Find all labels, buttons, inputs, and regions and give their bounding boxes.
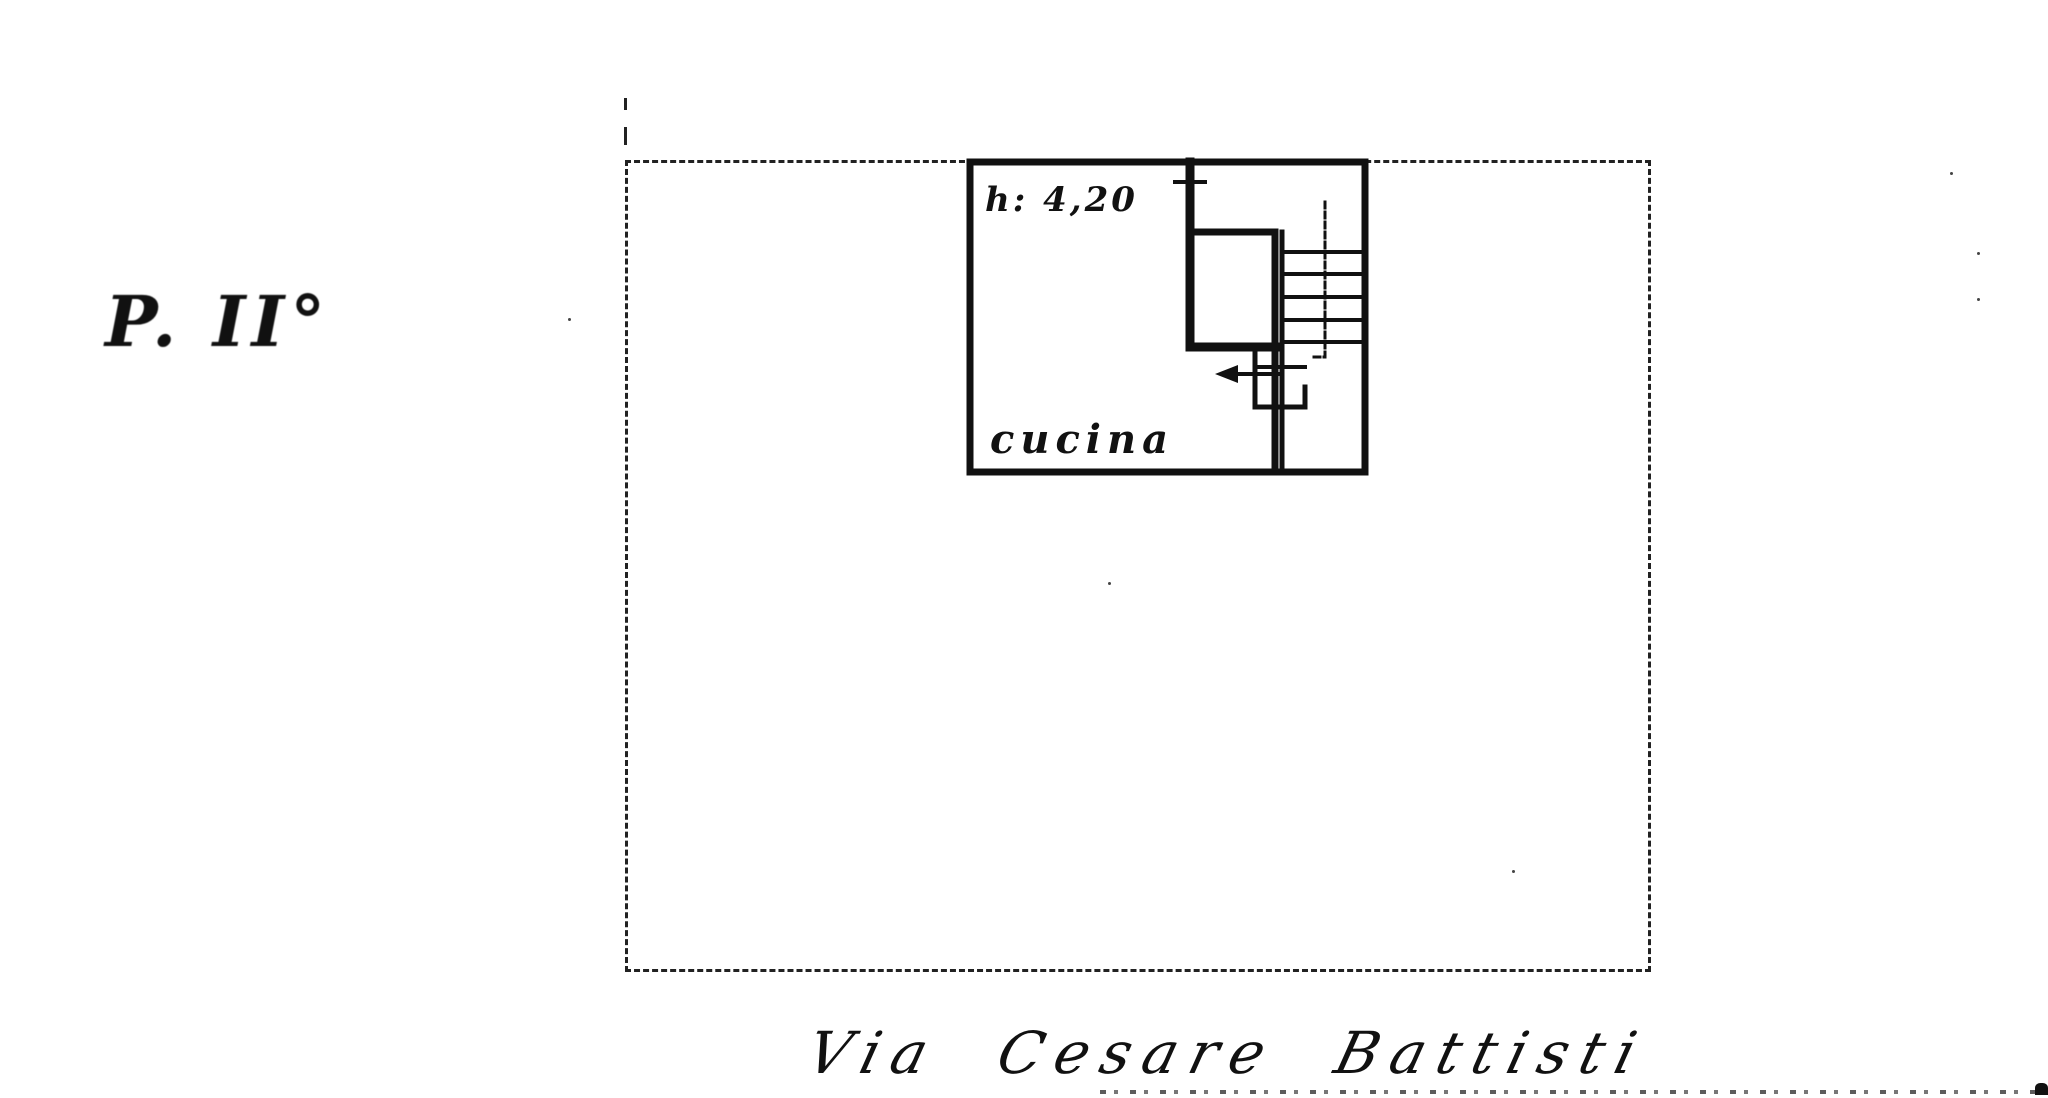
room-name-label: cucina <box>990 415 1174 465</box>
scan-edge-blob <box>2035 1083 2048 1095</box>
scan-speck <box>1108 582 1111 585</box>
boundary-tick <box>624 98 627 110</box>
scan-edge-noise <box>1100 1090 2048 1094</box>
room-height-label: h: 4,20 <box>985 180 1138 220</box>
stairwell-box <box>1190 232 1275 472</box>
scan-speck <box>1512 870 1515 873</box>
scan-speck <box>568 318 571 321</box>
boundary-tick <box>624 127 627 145</box>
street-label: Via Cesare Battisti <box>800 1018 1655 1088</box>
scan-speck <box>1950 172 1953 175</box>
inner-wall <box>1190 162 1275 347</box>
floor-label: P. II° <box>105 282 331 362</box>
scan-speck <box>1977 298 1980 301</box>
scan-speck <box>1977 252 1980 255</box>
